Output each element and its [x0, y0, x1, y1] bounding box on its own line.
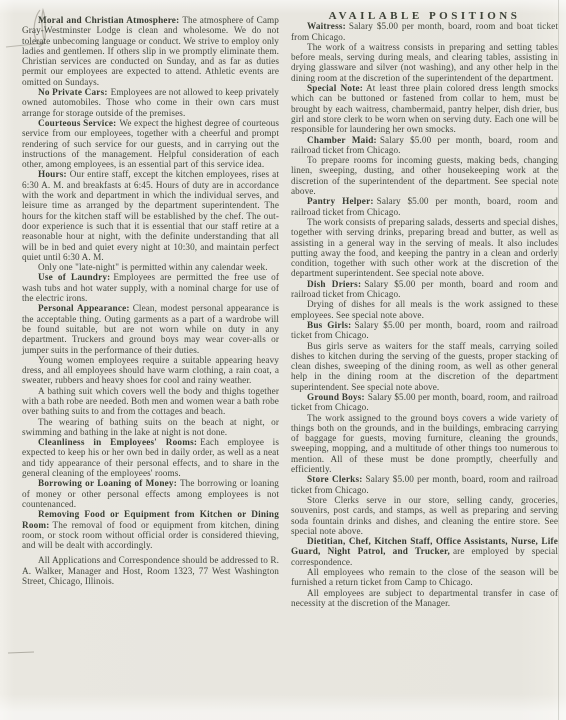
paragraph: Removing Food or Equipment from Kitchen … [22, 509, 279, 550]
paragraph: Personal Appearance:Clean, modest person… [22, 303, 279, 354]
run-in-heading: Bus Girls: [307, 320, 351, 330]
paragraph-text: All Applications and Correspondence shou… [22, 555, 279, 586]
run-in-heading: Chamber Maid: [307, 135, 377, 145]
run-in-heading: Cleanliness in Employees' Rooms: [38, 437, 197, 447]
paragraph: Store Clerks:Salary $5.00 per month, boa… [291, 474, 558, 495]
run-in-heading: No Private Cars: [38, 87, 108, 97]
paragraph: Bus girls serve as waiters for the staff… [291, 341, 558, 392]
scan-edge-line [558, 0, 559, 720]
run-in-heading: Ground Boys: [307, 392, 365, 402]
run-in-heading: Borrowing or Loaning of Money: [38, 478, 177, 488]
paragraph: Cleanliness in Employees' Rooms:Each emp… [22, 437, 279, 478]
paragraph: All employees who remain to the close of… [291, 567, 558, 588]
run-in-heading: Pantry Helper: [307, 196, 374, 206]
paragraph: Waitress:Salary $5.00 per month, board, … [291, 21, 558, 42]
paragraph-applications: All Applications and Correspondence shou… [22, 555, 279, 586]
paragraph-text: The work consists of preparing salads, d… [291, 217, 558, 278]
paragraph: Chamber Maid:Salary $5.00 per month, boa… [291, 135, 558, 156]
run-in-heading: Personal Appearance: [38, 303, 130, 313]
paragraph: Dietitian, Chef, Kitchen Staff, Office A… [291, 536, 558, 567]
run-in-heading: Waitress: [307, 21, 346, 31]
paragraph: The wearing of bathing suits on the beac… [22, 417, 279, 438]
paragraph: To prepare rooms for incoming guests, ma… [291, 155, 558, 196]
right-column: AVAILABLE POSITIONS Waitress:Salary $5.0… [291, 11, 558, 608]
paragraph: Bus Girls:Salary $5.00 per month, board,… [291, 320, 558, 341]
paragraph-text: Young women employees require a suitable… [22, 355, 279, 386]
paragraph: Store Clerks serve in our store, selling… [291, 495, 558, 536]
paragraph: Special Note:At least three plain colore… [291, 83, 558, 134]
paragraph: Courteous Service:We expect the highest … [22, 118, 279, 169]
available-positions-heading: AVAILABLE POSITIONS [291, 11, 558, 21]
scanned-document-page: Moral and Christian Atmosphere:The atmos… [0, 0, 566, 720]
run-in-heading: Store Clerks: [307, 474, 363, 484]
paragraph-text: To prepare rooms for incoming guests, ma… [291, 155, 558, 196]
paragraph: All employees are subject to departmenta… [291, 588, 558, 609]
paragraph: A bathing suit which covers well the bod… [22, 386, 279, 417]
paragraph-text: All employees are subject to departmenta… [291, 588, 558, 608]
paragraph: Borrowing or Loaning of Money:The borrow… [22, 478, 279, 509]
paragraph: Only one "late-night" is permitted withi… [22, 262, 279, 272]
paragraph-text: Our entire staff, except the kitchen emp… [22, 169, 279, 261]
run-in-heading: Courteous Service: [38, 118, 116, 128]
paragraph-text: All employees who remain to the close of… [291, 567, 558, 587]
run-in-heading: Hours: [38, 169, 67, 179]
left-column: Moral and Christian Atmosphere:The atmos… [22, 15, 279, 586]
paragraph: Ground Boys:Salary $5.00 per month, boar… [291, 392, 558, 413]
paragraph-text: Bus girls serve as waiters for the staff… [291, 341, 558, 392]
paragraph-text: The work of a waitress consists in prepa… [291, 42, 558, 83]
pencil-dash-mark [8, 652, 34, 654]
paragraph-text: The wearing of bathing suits on the beac… [22, 417, 279, 437]
paragraph: Pantry Helper:Salary $5.00 per month, bo… [291, 196, 558, 217]
paragraph: Drying of dishes for all meals is the wo… [291, 299, 558, 320]
paragraph-text: A bathing suit which covers well the bod… [22, 386, 279, 417]
paragraph-text: The removal of food or equipment from ki… [22, 520, 279, 551]
paragraph: Hours:Our entire staff, except the kitch… [22, 169, 279, 262]
run-in-heading: Special Note: [307, 83, 363, 93]
run-in-heading: Use of Laundry: [38, 272, 110, 282]
paragraph: Use of Laundry:Employees are permitted t… [22, 272, 279, 303]
run-in-heading: Moral and Christian Atmosphere: [38, 15, 179, 25]
paragraph-text: Store Clerks serve in our store, selling… [291, 495, 558, 536]
paragraph: Young women employees require a suitable… [22, 355, 279, 386]
paragraph-text: The work assigned to the ground boys cov… [291, 413, 558, 474]
paragraph: No Private Cars:Employees are not allowe… [22, 87, 279, 118]
paragraph: Dish Driers:Salary $5.00 per month, boar… [291, 279, 558, 300]
paragraph: The work of a waitress consists in prepa… [291, 42, 558, 83]
paragraph-text: The atmosphere of Camp Gray-Westminster … [22, 15, 279, 87]
paragraph: Moral and Christian Atmosphere:The atmos… [22, 15, 279, 87]
paragraph-text: Drying of dishes for all meals is the wo… [291, 299, 558, 319]
paragraph-text: Only one "late-night" is permitted withi… [38, 262, 268, 272]
paragraph: The work assigned to the ground boys cov… [291, 413, 558, 475]
run-in-heading: Dish Driers: [307, 279, 361, 289]
paragraph: The work consists of preparing salads, d… [291, 217, 558, 279]
